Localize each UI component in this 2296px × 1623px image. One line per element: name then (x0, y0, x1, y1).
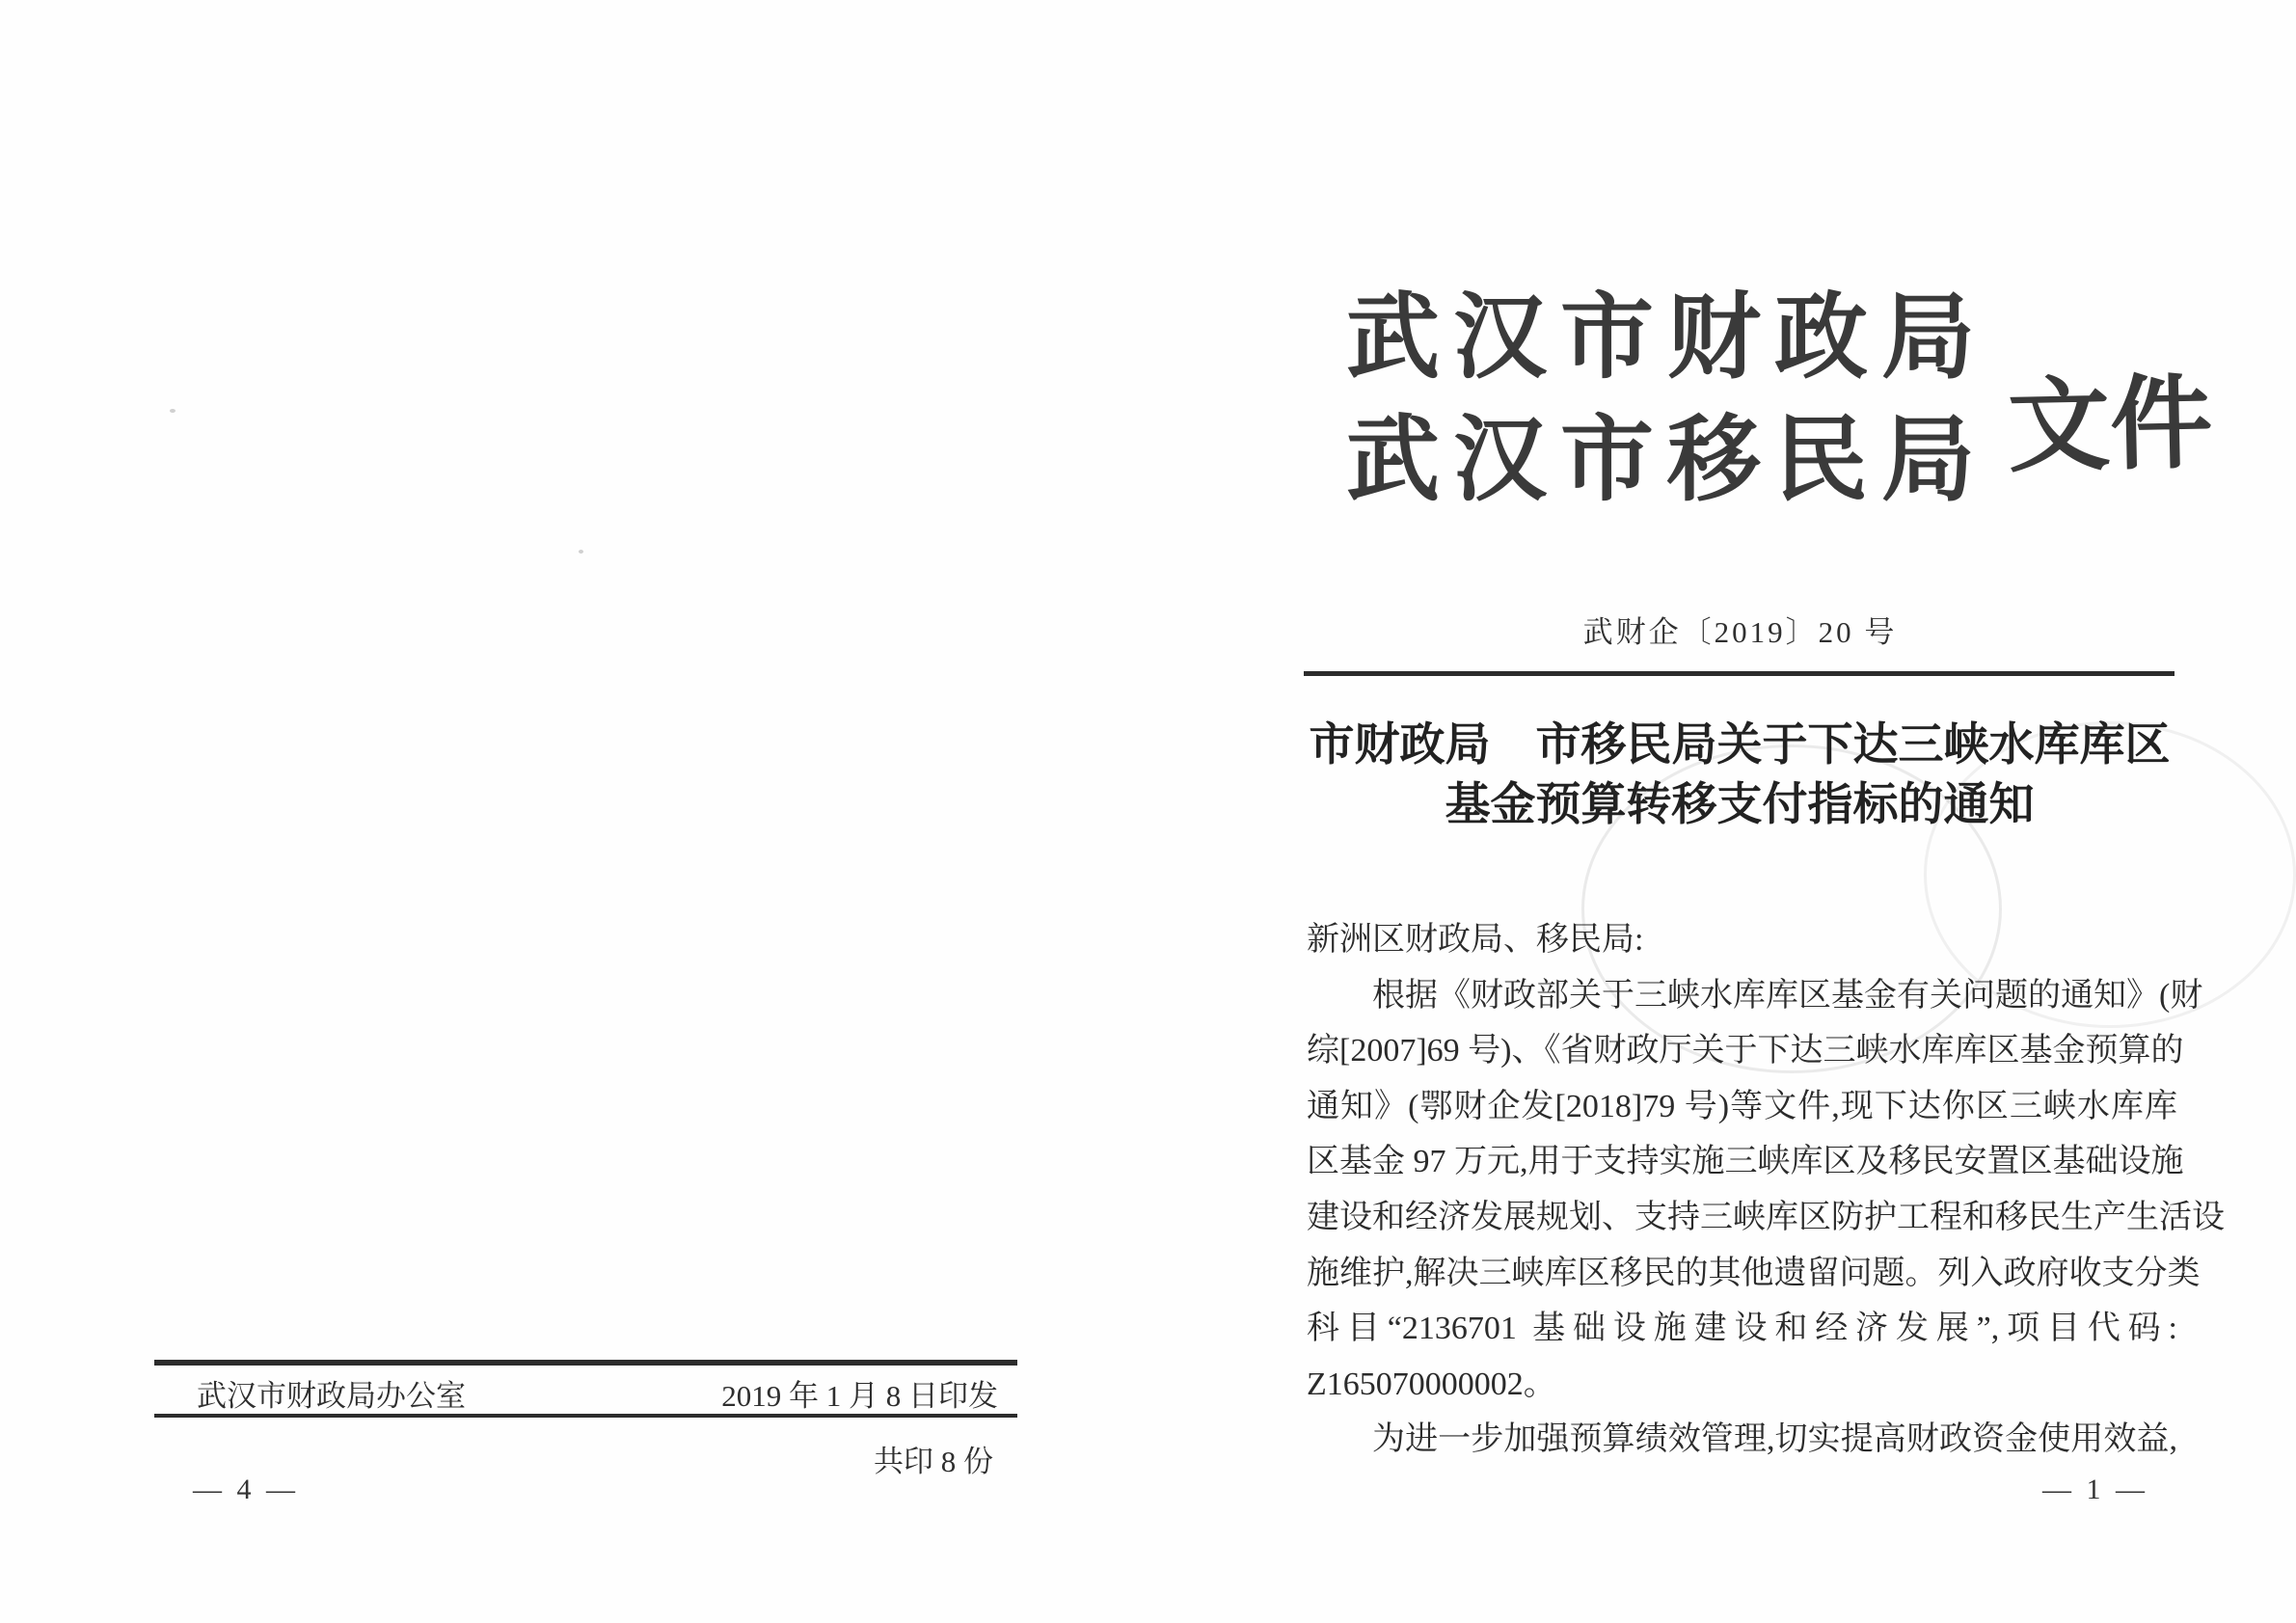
body-paragraphs: 新洲区财政局、移民局: 根据《财政部关于三峡水库库区基金有关问题的通知》(财 综… (1307, 912, 2177, 1468)
colophon-divider-top (154, 1360, 1017, 1366)
document-title: 市财政局 市移民局关于下达三峡水库库区 基金预算转移支付指标的通知 (1302, 716, 2177, 835)
colophon-row: 武汉市财政局办公室 2019 年 1 月 8 日印发 (154, 1373, 1017, 1412)
body-line: 综[2007]69 号)、《省财政厅关于下达三峡水库库区基金预算的 (1307, 1023, 2177, 1079)
header-divider-rule (1304, 671, 2174, 676)
colophon-divider-bottom (154, 1414, 1017, 1418)
letterhead-agency-names: 武汉市财政局 武汉市移民局 (1346, 277, 1988, 522)
document-title-line-2: 基金预算转移支付指标的通知 (1302, 775, 2177, 835)
body-line: 根据《财政部关于三峡水库库区基金有关问题的通知》(财 (1307, 968, 2177, 1024)
body-line: 区基金 97 万元,用于支持实施三峡库区及移民安置区基础设施 (1307, 1134, 2177, 1190)
body-line: 建设和经济发展规划、支持三峡库区防护工程和移民生产生活设 (1307, 1190, 2177, 1246)
issuing-office-label: 武汉市财政局办公室 (197, 1371, 466, 1415)
scanned-document-spread: 武汉市财政局办公室 2019 年 1 月 8 日印发 共印 8 份 — 4 — … (0, 0, 2296, 1623)
body-line: 科目“2136701 基础设施建设和经济发展”,项目代码: (1307, 1301, 2177, 1357)
body-line: 为进一步加强预算绩效管理,切实提高财政资金使用效益, (1307, 1412, 2177, 1468)
page-number-left: — 4 — (193, 1474, 299, 1506)
document-title-line-1: 市财政局 市移民局关于下达三峡水库库区 (1302, 716, 2177, 775)
agency-name-line-1: 武汉市财政局 (1346, 277, 1988, 399)
body-line: 施维护,解决三峡库区移民的其他遗留问题。列入政府收支分类 (1307, 1246, 2177, 1302)
print-date-label: 2019 年 1 月 8 日印发 (721, 1371, 998, 1415)
addressee-line: 新洲区财政局、移民局: (1307, 912, 2177, 968)
body-line: Z165070000002。 (1307, 1357, 2177, 1413)
scan-speck (170, 409, 176, 413)
body-line: 通知》(鄂财企发[2018]79 号)等文件,现下达你区三峡水库库 (1307, 1079, 2177, 1135)
scan-speck (579, 550, 583, 554)
document-reference-number: 武财企〔2019〕20 号 (1304, 608, 2176, 651)
letterhead-document-word: 文件 (2006, 341, 2213, 492)
agency-name-line-2: 武汉市移民局 (1346, 399, 1988, 522)
page-number-right: — 1 — (2042, 1474, 2148, 1506)
